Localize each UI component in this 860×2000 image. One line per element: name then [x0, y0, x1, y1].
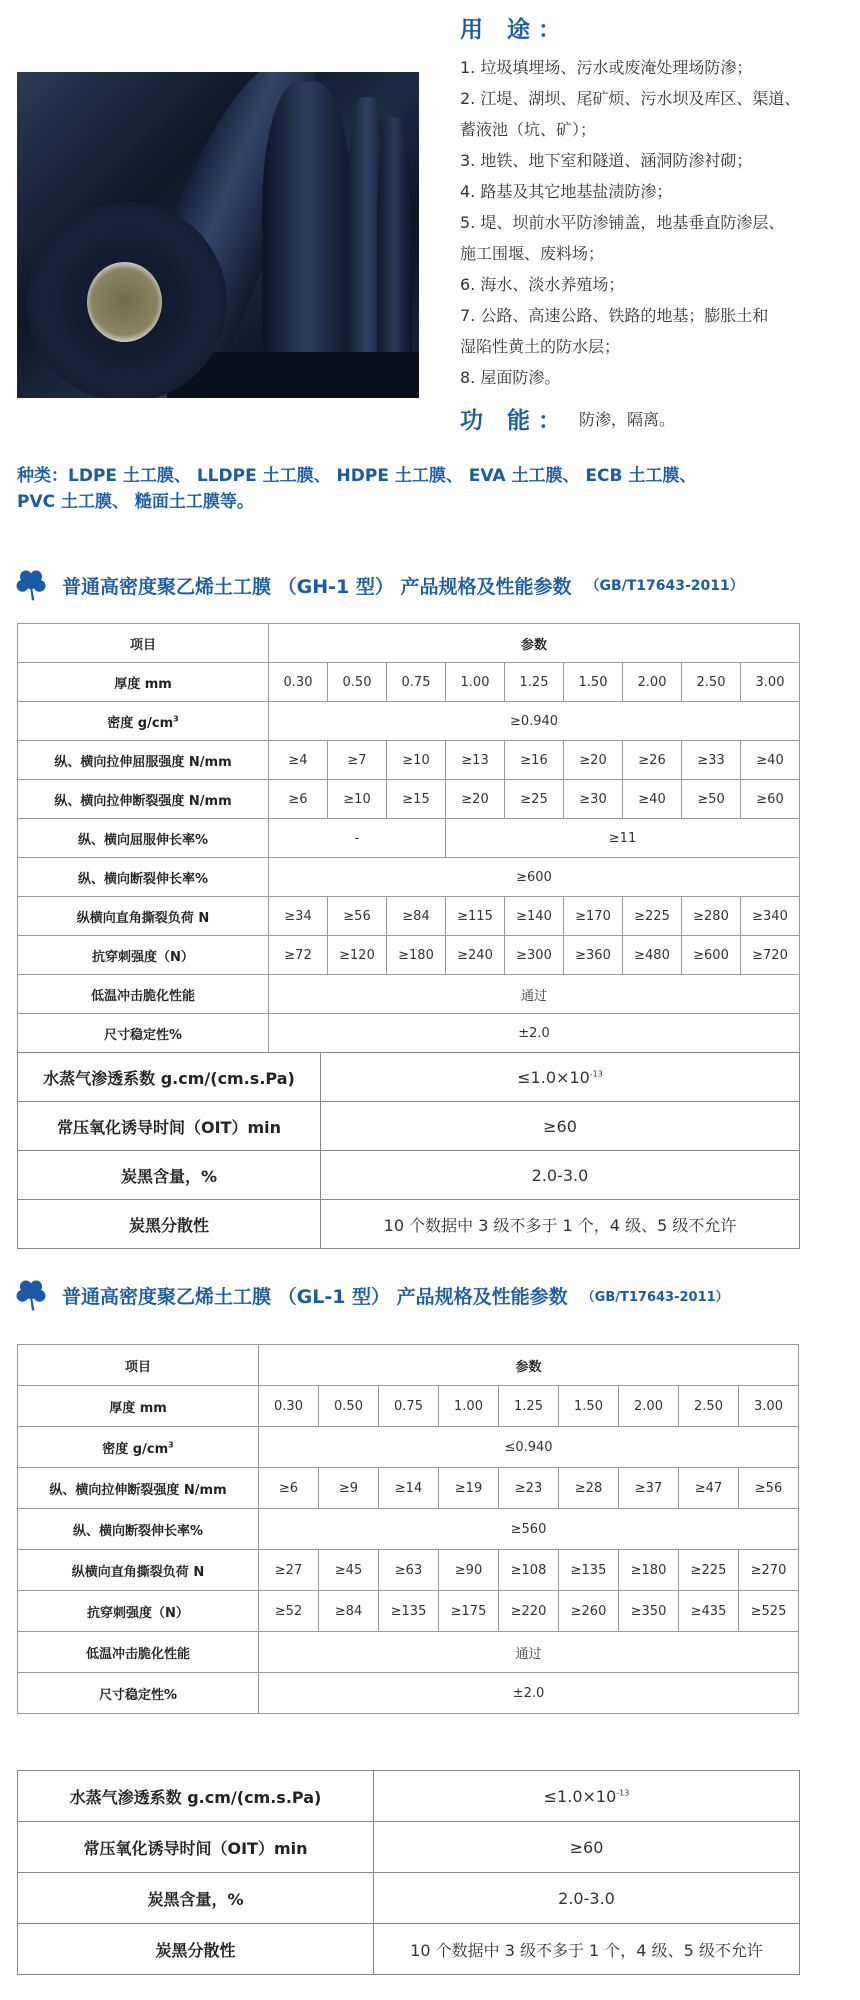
header-item: 项目 — [18, 1345, 259, 1386]
table-row: 纵、横向断裂伸长率% ≥560 — [18, 1509, 799, 1550]
row-label: 密度 g/cm3 — [18, 1427, 259, 1468]
function-value: 防渗，隔离。 — [579, 407, 675, 430]
table-row: 厚度 mm 0.30 0.50 0.75 1.00 1.25 1.50 2.00… — [18, 1386, 799, 1427]
row-label: 纵、横向拉伸屈服强度 N/mm — [18, 741, 269, 780]
superscript: -13 — [590, 1069, 603, 1078]
header-params: 参数 — [269, 624, 800, 663]
table-row: 尺寸稳定性% ±2.0 — [18, 1673, 799, 1714]
cell: 2.00 — [619, 1386, 679, 1427]
cell: ≤1.0×10-13 — [374, 1771, 800, 1822]
table-row: 纵、横向拉伸断裂强度 N/mm ≥6 ≥10 ≥15 ≥20 ≥25 ≥30 ≥… — [18, 780, 800, 819]
use-line: 6. 海水、淡水养殖场； — [460, 269, 860, 300]
row-label: 纵、横向拉伸断裂强度 N/mm — [18, 1468, 259, 1509]
cell: ≥340 — [741, 897, 800, 936]
cell: ≥47 — [679, 1468, 739, 1509]
cell: ≥40 — [741, 741, 800, 780]
table-row: 纵、横向拉伸屈服强度 N/mm ≥4 ≥7 ≥10 ≥13 ≥16 ≥20 ≥2… — [18, 741, 800, 780]
cell: 2.50 — [682, 663, 741, 702]
table-row: 炭黑分散性 10 个数据中 3 级不多于 1 个，4 级、5 级不允许 — [18, 1924, 800, 1975]
cell: 2.50 — [679, 1386, 739, 1427]
cell: ≥280 — [682, 897, 741, 936]
cell: ≥720 — [741, 936, 800, 975]
spec-table-gh1: 项目 参数 厚度 mm 0.30 0.50 0.75 1.00 1.25 1.5… — [17, 623, 800, 1053]
cell: 1.00 — [446, 663, 505, 702]
types-line: 种类：LDPE 土工膜、 LLDPE 土工膜、 HDPE 土工膜、 EVA 土工… — [17, 463, 847, 489]
cell: 3.00 — [739, 1386, 799, 1427]
use-line: 4. 路基及其它地基盐渍防渗； — [460, 176, 860, 207]
row-label: 水蒸气渗透系数 g.cm/(cm.s.Pa) — [18, 1053, 321, 1102]
cell: ≥20 — [564, 741, 623, 780]
membrane-sheet — [262, 82, 352, 398]
cell: ≥120 — [328, 936, 387, 975]
cell: ≥6 — [259, 1468, 319, 1509]
cell: ≥56 — [739, 1468, 799, 1509]
cell: ≥115 — [446, 897, 505, 936]
types-section: 种类：LDPE 土工膜、 LLDPE 土工膜、 HDPE 土工膜、 EVA 土工… — [17, 463, 847, 515]
cell: ≥0.940 — [269, 702, 800, 741]
table-row: 纵、横向断裂伸长率% ≥600 — [18, 858, 800, 897]
use-line: 1. 垃圾填埋场、污水或废淹处理场防渗； — [460, 52, 860, 83]
table-row: 炭黑含量，% 2.0-3.0 — [18, 1151, 800, 1200]
row-label: 纵、横向拉伸断裂强度 N/mm — [18, 780, 269, 819]
uses-title: 用 途： — [460, 8, 860, 52]
cell: ≥560 — [259, 1509, 799, 1550]
density-label: 密度 g/cm — [102, 1442, 168, 1457]
cell: ≥480 — [623, 936, 682, 975]
cell: 2.0-3.0 — [374, 1873, 800, 1924]
cell: ≥60 — [321, 1102, 800, 1151]
row-label: 纵横向直角撕裂负荷 N — [18, 1550, 259, 1591]
superscript: 3 — [168, 1440, 174, 1449]
cell: ≥37 — [619, 1468, 679, 1509]
section1-title: 普通高密度聚乙烯土工膜 （GH-1 型） 产品规格及性能参数 （GB/T1764… — [14, 568, 744, 602]
row-label: 纵、横向屈服伸长率% — [18, 819, 269, 858]
table-row: 纵、横向屈服伸长率% - ≥11 — [18, 819, 800, 858]
cell: ≥14 — [379, 1468, 439, 1509]
table-row: 水蒸气渗透系数 g.cm/(cm.s.Pa) ≤1.0×10-13 — [18, 1771, 800, 1822]
section2-standard: （GB/T17643-2011） — [582, 1286, 729, 1305]
uses-section: 用 途： 1. 垃圾填埋场、污水或废淹处理场防渗； 2. 江堤、湖坝、尾矿烦、污… — [460, 8, 860, 393]
cell: 0.75 — [379, 1386, 439, 1427]
use-line: 施工围堰、废料场； — [460, 238, 860, 269]
table-row: 常压氧化诱导时间（OIT）min ≥60 — [18, 1102, 800, 1151]
cell: ≥11 — [446, 819, 800, 858]
roll-core — [87, 262, 162, 342]
row-label: 水蒸气渗透系数 g.cm/(cm.s.Pa) — [18, 1771, 374, 1822]
cell: ≥180 — [619, 1550, 679, 1591]
cell: 1.50 — [559, 1386, 619, 1427]
row-label: 炭黑含量，% — [18, 1873, 374, 1924]
table-row: 常压氧化诱导时间（OIT）min ≥60 — [18, 1822, 800, 1873]
value-text: ≤1.0×10 — [544, 1787, 617, 1806]
table-row: 水蒸气渗透系数 g.cm/(cm.s.Pa) ≤1.0×10-13 — [18, 1053, 800, 1102]
cell: 10 个数据中 3 级不多于 1 个，4 级、5 级不允许 — [321, 1200, 800, 1249]
cell: ≥225 — [623, 897, 682, 936]
cell: ≥600 — [269, 858, 800, 897]
section2-title-text: 普通高密度聚乙烯土工膜 （GL-1 型） 产品规格及性能参数 — [62, 1282, 568, 1309]
cell: ≥19 — [439, 1468, 499, 1509]
cell: ≥45 — [319, 1550, 379, 1591]
cell: ≥26 — [623, 741, 682, 780]
table-row: 炭黑含量，% 2.0-3.0 — [18, 1873, 800, 1924]
cell: 通过 — [269, 975, 800, 1014]
section1-title-text: 普通高密度聚乙烯土工膜 （GH-1 型） 产品规格及性能参数 — [62, 572, 571, 599]
cell: 1.00 — [439, 1386, 499, 1427]
superscript: -13 — [616, 1788, 629, 1797]
row-label: 纵、横向断裂伸长率% — [18, 1509, 259, 1550]
row-label: 常压氧化诱导时间（OIT）min — [18, 1102, 321, 1151]
cell: ≥40 — [623, 780, 682, 819]
cell: 1.25 — [499, 1386, 559, 1427]
cell: ≥135 — [379, 1591, 439, 1632]
clover-icon — [14, 568, 48, 602]
cell: - — [269, 819, 446, 858]
cell: ≥25 — [505, 780, 564, 819]
cell: 通过 — [259, 1632, 799, 1673]
cell: ≥140 — [505, 897, 564, 936]
table-row: 抗穿刺强度（N） ≥52 ≥84 ≥135 ≥175 ≥220 ≥260 ≥35… — [18, 1591, 799, 1632]
cell: ±2.0 — [269, 1014, 800, 1053]
row-label: 炭黑分散性 — [18, 1200, 321, 1249]
table-row: 项目 参数 — [18, 1345, 799, 1386]
use-line: 7. 公路、高速公路、铁路的地基；膨胀土和 — [460, 300, 860, 331]
row-label: 纵、横向断裂伸长率% — [18, 858, 269, 897]
cell: ≥10 — [387, 741, 446, 780]
cell: ≥34 — [269, 897, 328, 936]
cell: 2.00 — [623, 663, 682, 702]
row-label: 厚度 mm — [18, 1386, 259, 1427]
cell: ≥435 — [679, 1591, 739, 1632]
cell: ≥90 — [439, 1550, 499, 1591]
cell: ≥60 — [741, 780, 800, 819]
cell: ≥240 — [446, 936, 505, 975]
cell: ≥52 — [259, 1591, 319, 1632]
row-label: 厚度 mm — [18, 663, 269, 702]
cell: ≥28 — [559, 1468, 619, 1509]
cell: 1.25 — [505, 663, 564, 702]
cell: ≥175 — [439, 1591, 499, 1632]
use-line: 3. 地铁、地下室和隧道、涵洞防渗衬砌； — [460, 145, 860, 176]
cell: ≥600 — [682, 936, 741, 975]
cell: ≥15 — [387, 780, 446, 819]
clover-icon — [14, 1278, 48, 1312]
table-row: 抗穿刺强度（N） ≥72 ≥120 ≥180 ≥240 ≥300 ≥360 ≥4… — [18, 936, 800, 975]
cell: ≥135 — [559, 1550, 619, 1591]
section2-title: 普通高密度聚乙烯土工膜 （GL-1 型） 产品规格及性能参数 （GB/T1764… — [14, 1278, 729, 1312]
row-label: 低温冲击脆化性能 — [18, 975, 269, 1014]
cell: ≥33 — [682, 741, 741, 780]
types-line: PVC 土工膜、 糙面土工膜等。 — [17, 489, 847, 515]
row-label: 抗穿刺强度（N） — [18, 1591, 259, 1632]
spec-table-gl1: 项目 参数 厚度 mm 0.30 0.50 0.75 1.00 1.25 1.5… — [17, 1344, 799, 1714]
table-row: 厚度 mm 0.30 0.50 0.75 1.00 1.25 1.50 2.00… — [18, 663, 800, 702]
cell: ≥23 — [499, 1468, 559, 1509]
cell: ≥300 — [505, 936, 564, 975]
cell: ≥56 — [328, 897, 387, 936]
header-params: 参数 — [259, 1345, 799, 1386]
table-row: 尺寸稳定性% ±2.0 — [18, 1014, 800, 1053]
cell: ≥20 — [446, 780, 505, 819]
cell: ≥108 — [499, 1550, 559, 1591]
table-row: 低温冲击脆化性能 通过 — [18, 1632, 799, 1673]
cell: 0.50 — [328, 663, 387, 702]
use-line: 湿陷性黄土的防水层； — [460, 331, 860, 362]
cell: ≥270 — [739, 1550, 799, 1591]
cell: 3.00 — [741, 663, 800, 702]
superscript: 3 — [173, 714, 179, 723]
spec-table-gh1-extra: 水蒸气渗透系数 g.cm/(cm.s.Pa) ≤1.0×10-13 常压氧化诱导… — [17, 1052, 800, 1249]
row-label: 抗穿刺强度（N） — [18, 936, 269, 975]
cell: 0.30 — [269, 663, 328, 702]
cell: ≥350 — [619, 1591, 679, 1632]
table-row: 炭黑分散性 10 个数据中 3 级不多于 1 个，4 级、5 级不允许 — [18, 1200, 800, 1249]
cell: 2.0-3.0 — [321, 1151, 800, 1200]
cell: ≥220 — [499, 1591, 559, 1632]
value-text: ≤1.0×10 — [517, 1068, 590, 1087]
table-row: 纵、横向拉伸断裂强度 N/mm ≥6 ≥9 ≥14 ≥19 ≥23 ≥28 ≥3… — [18, 1468, 799, 1509]
function-title: 功 能： — [460, 402, 569, 435]
cell: ≥4 — [269, 741, 328, 780]
header-item: 项目 — [18, 624, 269, 663]
table-row: 低温冲击脆化性能 通过 — [18, 975, 800, 1014]
row-label: 炭黑分散性 — [18, 1924, 374, 1975]
cell: 10 个数据中 3 级不多于 1 个，4 级、5 级不允许 — [374, 1924, 800, 1975]
cell: ≥84 — [387, 897, 446, 936]
use-line: 8. 屋面防渗。 — [460, 362, 860, 393]
table-row: 项目 参数 — [18, 624, 800, 663]
product-image — [17, 72, 419, 398]
use-line: 2. 江堤、湖坝、尾矿烦、污水坝及库区、渠道、 — [460, 83, 860, 114]
row-label: 纵横向直角撕裂负荷 N — [18, 897, 269, 936]
cell: ≥60 — [374, 1822, 800, 1873]
cell: ≥84 — [319, 1591, 379, 1632]
cell: ≥27 — [259, 1550, 319, 1591]
cell: ≥6 — [269, 780, 328, 819]
cell: 0.75 — [387, 663, 446, 702]
cell: ≥360 — [564, 936, 623, 975]
cell: ≥9 — [319, 1468, 379, 1509]
table-row: 密度 g/cm3 ≤0.940 — [18, 1427, 799, 1468]
cell: 0.30 — [259, 1386, 319, 1427]
cell: ≥180 — [387, 936, 446, 975]
cell: ≥170 — [564, 897, 623, 936]
cell: ≥525 — [739, 1591, 799, 1632]
cell: ≥30 — [564, 780, 623, 819]
cell: ≤1.0×10-13 — [321, 1053, 800, 1102]
cell: ±2.0 — [259, 1673, 799, 1714]
cell: ≥260 — [559, 1591, 619, 1632]
row-label: 常压氧化诱导时间（OIT）min — [18, 1822, 374, 1873]
row-label: 尺寸稳定性% — [18, 1014, 269, 1053]
use-line: 蓄液池（坑、矿）； — [460, 114, 860, 145]
function-section: 功 能： 防渗，隔离。 — [460, 398, 675, 438]
use-line: 5. 堤、坝前水平防渗铺盖，地基垂直防渗层、 — [460, 207, 860, 238]
table-row: 纵横向直角撕裂负荷 N ≥27 ≥45 ≥63 ≥90 ≥108 ≥135 ≥1… — [18, 1550, 799, 1591]
cell: ≥63 — [379, 1550, 439, 1591]
section1-standard: （GB/T17643-2011） — [585, 575, 743, 595]
cell: ≥16 — [505, 741, 564, 780]
density-label: 密度 g/cm — [107, 716, 173, 731]
cell: 1.50 — [564, 663, 623, 702]
cell: ≥225 — [679, 1550, 739, 1591]
spec-table-gl1-extra: 水蒸气渗透系数 g.cm/(cm.s.Pa) ≤1.0×10-13 常压氧化诱导… — [17, 1770, 800, 1975]
row-label: 炭黑含量，% — [18, 1151, 321, 1200]
cell: ≥72 — [269, 936, 328, 975]
table-row: 纵横向直角撕裂负荷 N ≥34 ≥56 ≥84 ≥115 ≥140 ≥170 ≥… — [18, 897, 800, 936]
cell: 0.50 — [319, 1386, 379, 1427]
cell: ≥10 — [328, 780, 387, 819]
cell: ≤0.940 — [259, 1427, 799, 1468]
table-row: 密度 g/cm3 ≥0.940 — [18, 702, 800, 741]
row-label: 低温冲击脆化性能 — [18, 1632, 259, 1673]
row-label: 密度 g/cm3 — [18, 702, 269, 741]
row-label: 尺寸稳定性% — [18, 1673, 259, 1714]
cell: ≥7 — [328, 741, 387, 780]
cell: ≥13 — [446, 741, 505, 780]
cell: ≥50 — [682, 780, 741, 819]
